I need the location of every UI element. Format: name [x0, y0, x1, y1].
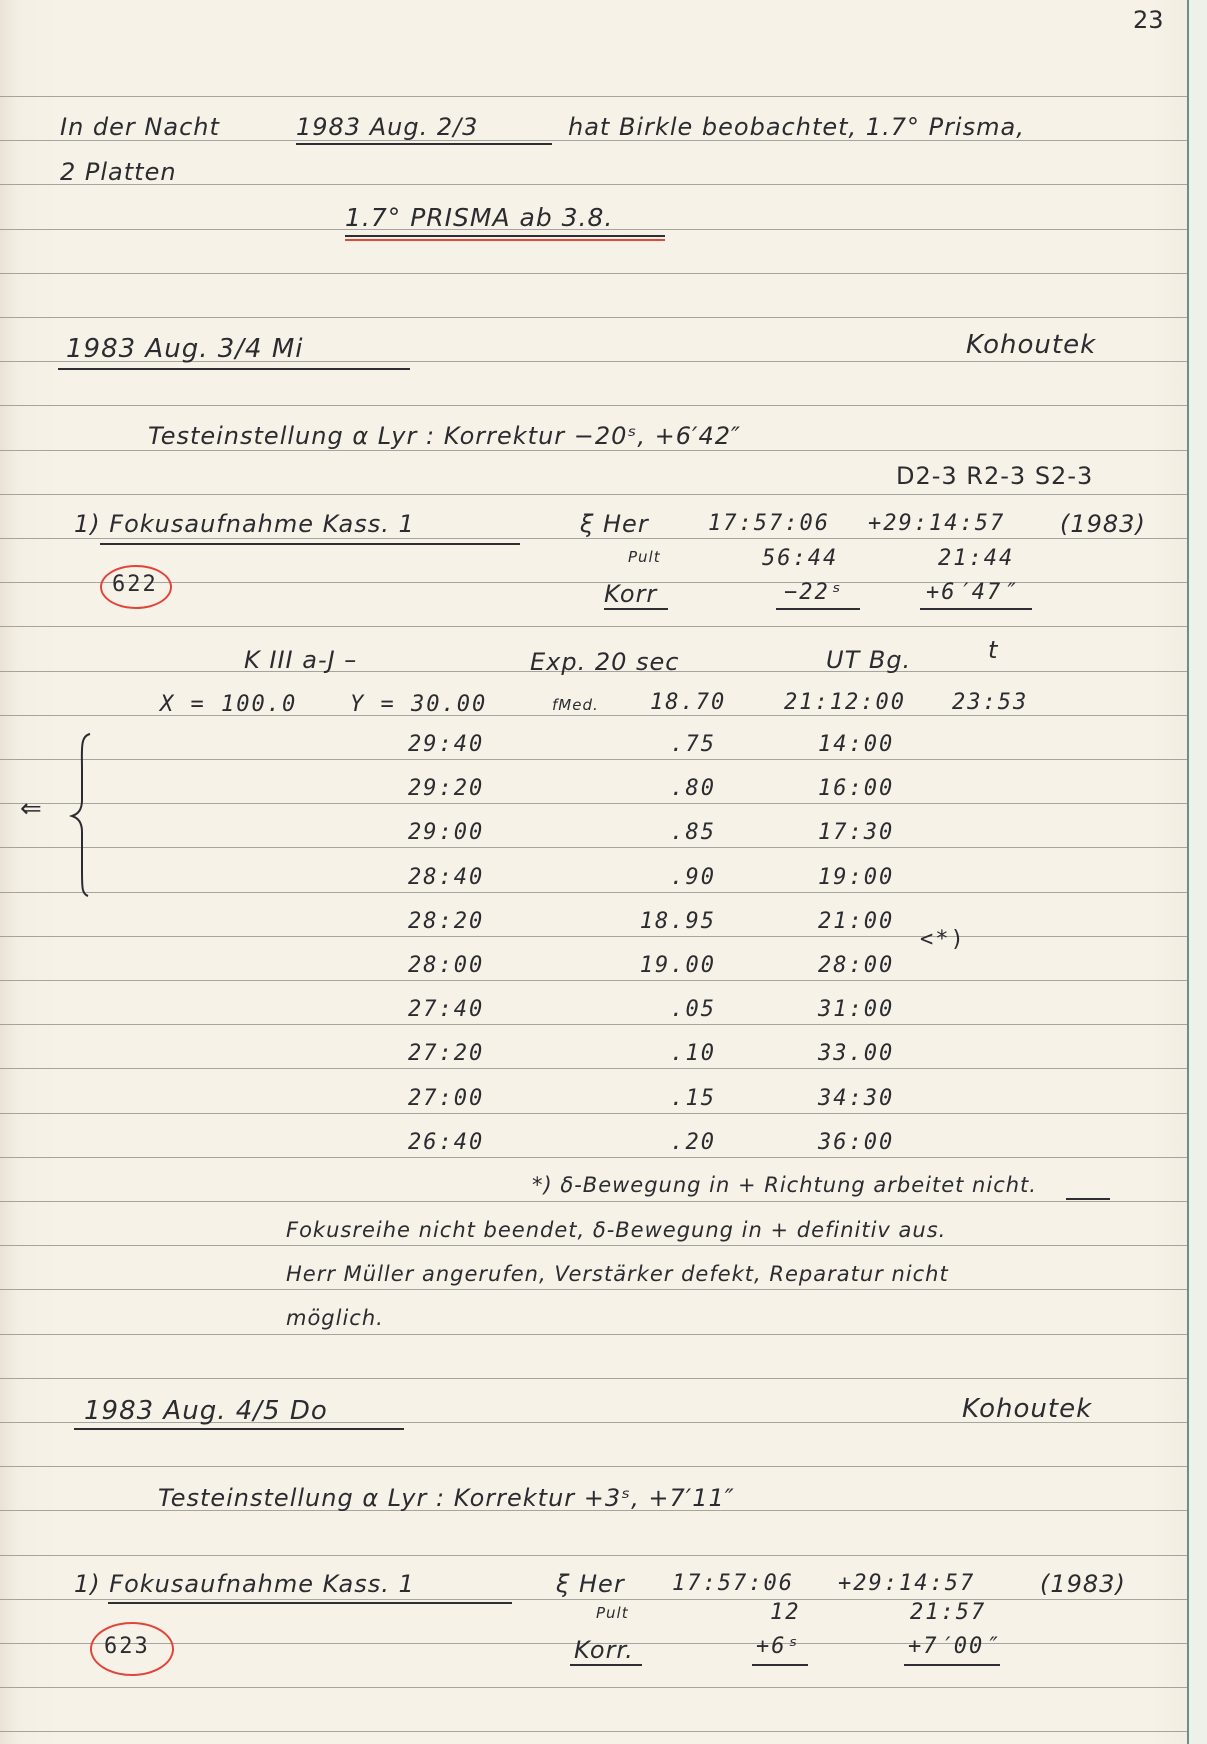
focus-y-value: 27:00	[408, 1086, 484, 1111]
focus-y-value: 29:20	[408, 776, 484, 801]
focus-ut-value: 36:00	[818, 1130, 894, 1155]
ruled-line	[0, 96, 1188, 97]
intro-date: 1983 Aug. 2/3	[296, 113, 478, 141]
focus-f-value: 18.95	[640, 909, 716, 934]
exposure-title-underline	[100, 543, 520, 545]
korr-ra: −22ˢ	[784, 580, 845, 605]
arrow-left-icon: ⇐	[20, 794, 43, 824]
focus-f-value: .15	[670, 1086, 716, 1111]
focus-y-value: 29:00	[408, 820, 484, 845]
entry2-plate-number: 623	[104, 1634, 150, 1659]
pult-label: Pult	[628, 548, 661, 566]
focus-f-value: .90	[670, 865, 716, 890]
ruled-line	[0, 1113, 1188, 1114]
entry2-pult-ra: 12	[770, 1600, 801, 1625]
ruled-line	[0, 1245, 1188, 1246]
intro-prefix: In der Nacht	[60, 113, 220, 141]
focus-ut-value: 19:00	[818, 865, 894, 890]
ruled-line	[0, 1555, 1188, 1556]
star-dec: +29:14:57	[868, 511, 1005, 536]
focus-y-value: 28:00	[408, 953, 484, 978]
focus-f-value: .20	[670, 1130, 716, 1155]
focus-y-value: 28:20	[408, 909, 484, 934]
pult-dec: 21:44	[938, 546, 1014, 571]
ruled-line	[0, 1157, 1188, 1158]
ruled-line	[0, 494, 1188, 495]
entry2-observer: Kohoutek	[962, 1394, 1092, 1424]
entry2-date: 1983 Aug. 4/5 Do	[84, 1396, 328, 1426]
ruled-line	[0, 405, 1188, 406]
exposure-time: Exp. 20 sec	[530, 648, 680, 676]
conditions: D2-3 R2-3 S2-3	[896, 462, 1093, 490]
entry2-star-dec: +29:14:57	[838, 1571, 975, 1596]
entry-date: 1983 Aug. 3/4 Mi	[66, 334, 304, 364]
ruled-line	[0, 980, 1188, 981]
start-y: Y = 30.00	[350, 692, 487, 717]
ruled-line	[0, 1068, 1188, 1069]
star-ra: 17:57:06	[708, 511, 830, 536]
start-x: X = 100.0	[160, 692, 297, 717]
ruled-line	[0, 626, 1188, 627]
ruled-line	[0, 1334, 1188, 1335]
focus-ut-value: 17:30	[818, 820, 894, 845]
intro-date-underline	[296, 143, 552, 145]
footnote: *) δ-Bewegung in + Richtung arbeitet nic…	[532, 1173, 1037, 1197]
korr-dec-underline	[920, 608, 1032, 610]
entry2-korr-ra-underline	[752, 1664, 808, 1666]
prisma-notice: 1.7° PRISMA ab 3.8.	[345, 203, 613, 232]
footnote-nicht-underline	[1066, 1198, 1110, 1200]
korr-label: Korr	[604, 580, 657, 608]
intro-line2: 2 Platten	[60, 158, 177, 186]
entry2-exposure-title: 1) Fokusaufnahme Kass. 1	[74, 1570, 415, 1598]
ruled-line	[0, 759, 1188, 760]
focus-f-value: .05	[670, 997, 716, 1022]
entry2-korr-dec: +7′00″	[908, 1634, 999, 1659]
ruled-line	[0, 1201, 1188, 1202]
ruled-line	[0, 803, 1188, 804]
ruled-lines	[0, 0, 1188, 1744]
ruled-line	[0, 1687, 1188, 1688]
exposure-title: 1) Fokusaufnahme Kass. 1	[74, 510, 415, 538]
focus-ut-value: 28:00	[818, 953, 894, 978]
focus-f-value: .10	[670, 1041, 716, 1066]
remark-line-1: Fokusreihe nicht beendet, δ-Bewegung in …	[286, 1218, 946, 1242]
focus-ut-value: 31:00	[818, 997, 894, 1022]
ruled-line	[0, 892, 1188, 893]
remark-line-3: möglich.	[286, 1306, 384, 1330]
bracket	[60, 730, 100, 900]
entry2-pult-label: Pult	[596, 1604, 629, 1622]
entry2-korr-dec-underline	[904, 1664, 1000, 1666]
focus-ut-value: 14:00	[818, 732, 894, 757]
focus-note: <*)	[920, 927, 966, 952]
test-setting: Testeinstellung α Lyr : Korrektur −20ˢ, …	[148, 422, 741, 450]
korr-dec: +6′47″	[926, 580, 1017, 605]
start-t: 23:53	[952, 690, 1028, 715]
ruled-line	[0, 273, 1188, 274]
entry-date-underline	[58, 368, 410, 370]
ruled-line	[0, 1466, 1188, 1467]
focus-y-value: 27:40	[408, 997, 484, 1022]
focus-f-value: 19.00	[640, 953, 716, 978]
focus-f-value: .80	[670, 776, 716, 801]
entry2-epoch: (1983)	[1040, 1570, 1126, 1598]
focus-y-value: 29:40	[408, 732, 484, 757]
focus-ut-value: 16:00	[818, 776, 894, 801]
entry2-star-ra: 17:57:06	[672, 1571, 794, 1596]
entry2-date-underline	[74, 1428, 404, 1430]
ruled-line	[0, 1378, 1188, 1379]
entry2-korr-label: Korr.	[574, 1636, 634, 1664]
ruled-line	[0, 184, 1188, 185]
ruled-line	[0, 847, 1188, 848]
page-number: 23	[1133, 6, 1164, 34]
focus-y-value: 28:40	[408, 865, 484, 890]
notebook-page: 23 In der Nacht 1983 Aug. 2/3 hat Birkle…	[0, 0, 1207, 1744]
page-edge	[1187, 0, 1207, 1744]
entry2-pult-dec: 21:57	[910, 1600, 986, 1625]
observer-name: Kohoutek	[966, 330, 1096, 360]
entry2-star-label: ξ Her	[556, 1570, 625, 1598]
prisma-notice-red-underline	[345, 239, 665, 241]
ruled-line	[0, 538, 1188, 539]
emulsion: K III a-J –	[244, 646, 357, 674]
entry2-korr-ra: +6ˢ	[756, 1634, 802, 1659]
plate-number: 622	[112, 572, 158, 597]
ruled-line	[0, 1289, 1188, 1290]
korr-underline	[604, 608, 668, 610]
focus-f-value: .75	[670, 732, 716, 757]
focus-y-value: 27:20	[408, 1041, 484, 1066]
focus-ut-value: 33.00	[818, 1041, 894, 1066]
ut-header: UT Bg.	[826, 646, 911, 674]
entry2-exposure-title-underline	[108, 1602, 512, 1604]
remark-line-2: Herr Müller angerufen, Verstärker defekt…	[286, 1262, 949, 1286]
ruled-line	[0, 1024, 1188, 1025]
entry2-korr-underline	[570, 1664, 642, 1666]
prisma-notice-underline	[345, 235, 665, 237]
korr-ra-underline	[776, 608, 860, 610]
intro-suffix: hat Birkle beobachtet, 1.7° Prisma,	[568, 113, 1025, 141]
focus-y-value: 26:40	[408, 1130, 484, 1155]
start-f: 18.70	[650, 690, 726, 715]
focus-f-value: .85	[670, 820, 716, 845]
focus-ut-value: 21:00	[818, 909, 894, 934]
ruled-line	[0, 317, 1188, 318]
start-ut: 21:12:00	[784, 690, 906, 715]
ruled-line	[0, 450, 1188, 451]
epoch: (1983)	[1060, 510, 1146, 538]
f-label: fMed.	[552, 696, 599, 714]
ruled-line	[0, 936, 1188, 937]
ruled-line	[0, 1599, 1188, 1600]
focus-ut-value: 34:30	[818, 1086, 894, 1111]
pult-ra: 56:44	[762, 546, 838, 571]
ruled-line	[0, 1731, 1188, 1732]
star-label: ξ Her	[580, 510, 649, 538]
entry2-test-setting: Testeinstellung α Lyr : Korrektur +3ˢ, +…	[158, 1484, 735, 1512]
t-header: t	[988, 636, 998, 664]
